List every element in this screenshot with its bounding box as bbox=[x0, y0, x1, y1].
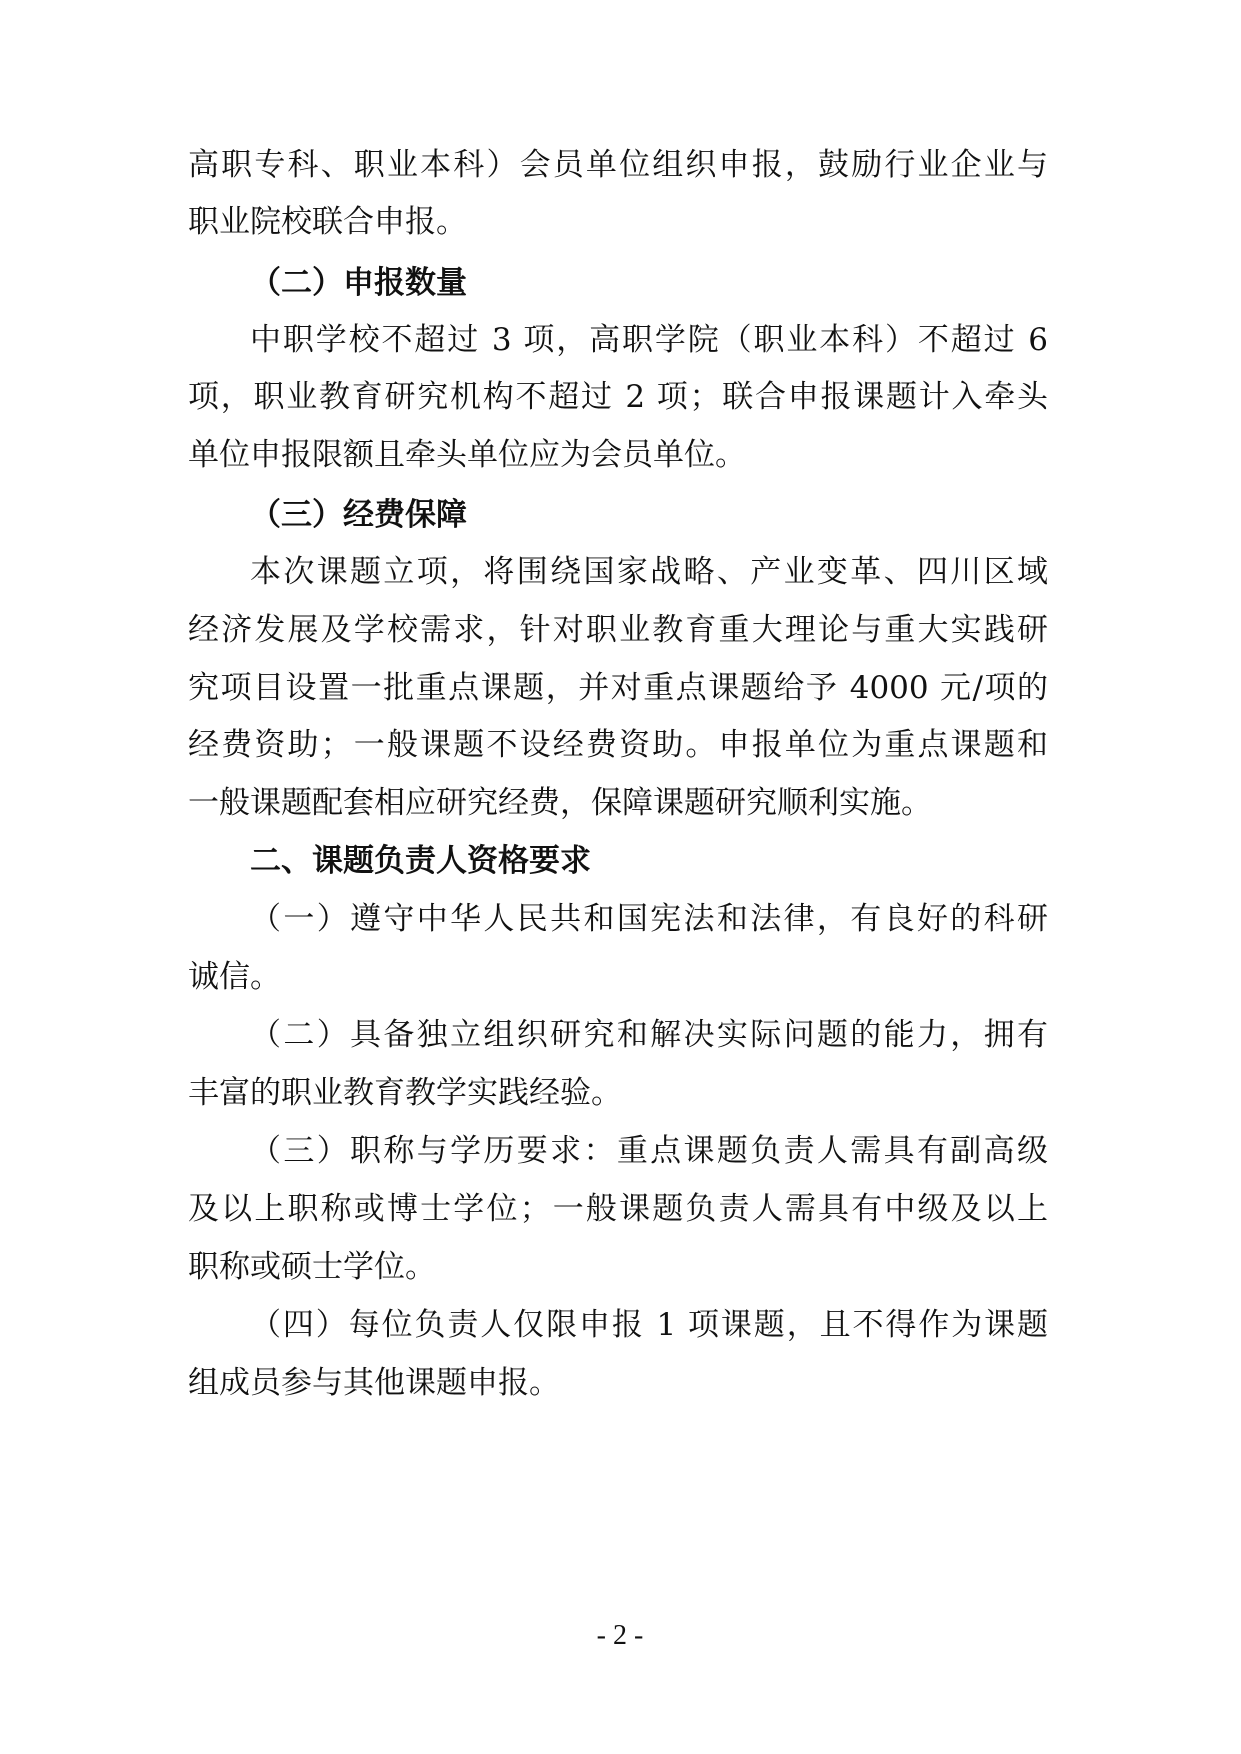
body-text-line: （一）遵守中华人民共和国宪法和法律，有良好的科研 bbox=[250, 899, 1048, 939]
body-text-line: 及以上职称或博士学位；一般课题负责人需具有中级及以上 bbox=[188, 1189, 1048, 1229]
section-heading-funding: （三）经费保障 bbox=[250, 495, 1048, 535]
body-text-line: 单位申报限额且牵头单位应为会员单位。 bbox=[188, 435, 1048, 475]
page-number: - 2 - bbox=[570, 1620, 670, 1652]
section-heading-application-quantity: （二）申报数量 bbox=[250, 263, 1048, 303]
section-heading-leader-qualifications: 二、课题负责人资格要求 bbox=[250, 841, 1048, 881]
body-text-line: 职业院校联合申报。 bbox=[188, 202, 1048, 242]
body-text-line: （四）每位负责人仅限申报 1 项课题，且不得作为课题 bbox=[250, 1305, 1048, 1345]
body-text-line: 一般课题配套相应研究经费，保障课题研究顺利实施。 bbox=[188, 783, 1048, 823]
body-text-line: 丰富的职业教育教学实践经验。 bbox=[188, 1073, 1048, 1113]
body-text-line: 中职学校不超过 3 项，高职学院（职业本科）不超过 6 bbox=[250, 320, 1048, 360]
body-text-line: 经济发展及学校需求，针对职业教育重大理论与重大实践研 bbox=[188, 610, 1048, 650]
body-text-line: 项，职业教育研究机构不超过 2 项；联合申报课题计入牵头 bbox=[188, 377, 1048, 417]
body-text-line: 经费资助；一般课题不设经费资助。申报单位为重点课题和 bbox=[188, 725, 1048, 765]
body-text-line: 诚信。 bbox=[188, 957, 1048, 997]
body-text-line: （三）职称与学历要求：重点课题负责人需具有副高级 bbox=[250, 1131, 1048, 1171]
body-text-line: 本次课题立项，将围绕国家战略、产业变革、四川区域 bbox=[250, 552, 1048, 592]
body-text-line: 组成员参与其他课题申报。 bbox=[188, 1363, 1048, 1403]
body-text-line: 究项目设置一批重点课题，并对重点课题给予 4000 元/项的 bbox=[188, 668, 1048, 708]
document-page: 高职专科、职业本科）会员单位组织申报，鼓励行业企业与 职业院校联合申报。 （二）… bbox=[0, 0, 1241, 1754]
body-text-line: 高职专科、职业本科）会员单位组织申报，鼓励行业企业与 bbox=[188, 145, 1048, 185]
body-text-line: 职称或硕士学位。 bbox=[188, 1247, 1048, 1287]
body-text-line: （二）具备独立组织研究和解决实际问题的能力，拥有 bbox=[250, 1015, 1048, 1055]
